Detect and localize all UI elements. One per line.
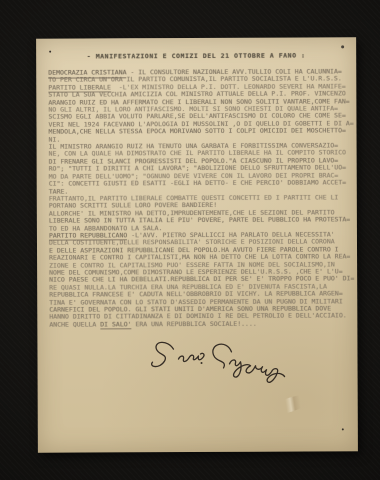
document-title: - MANIFESTAZIONI E COMIZI DEL 21 OTTOBRE… — [44, 51, 348, 60]
ink-speck — [342, 428, 344, 430]
underlined-text: DI SALO' — [100, 320, 131, 330]
photo-background: { "paper": { "color": "#d6c6a3", "ink_co… — [0, 0, 380, 480]
ink-speck — [341, 45, 344, 48]
text-run: ANCHE QUELLA — [49, 320, 100, 328]
signature — [143, 335, 319, 396]
text-run: ERA UNA REPUBBLICA SOCIALE!.... — [132, 320, 257, 329]
document-page: - MANIFESTAZIONI E COMIZI DEL 21 OTTOBRE… — [36, 37, 358, 452]
document-body: DEMOCRAZIA CRISTIANA - IL CONSULTORE NAZ… — [48, 68, 352, 329]
document-line: ANCHE QUELLA DI SALO' ERA UNA REPUBBLICA… — [49, 320, 352, 329]
